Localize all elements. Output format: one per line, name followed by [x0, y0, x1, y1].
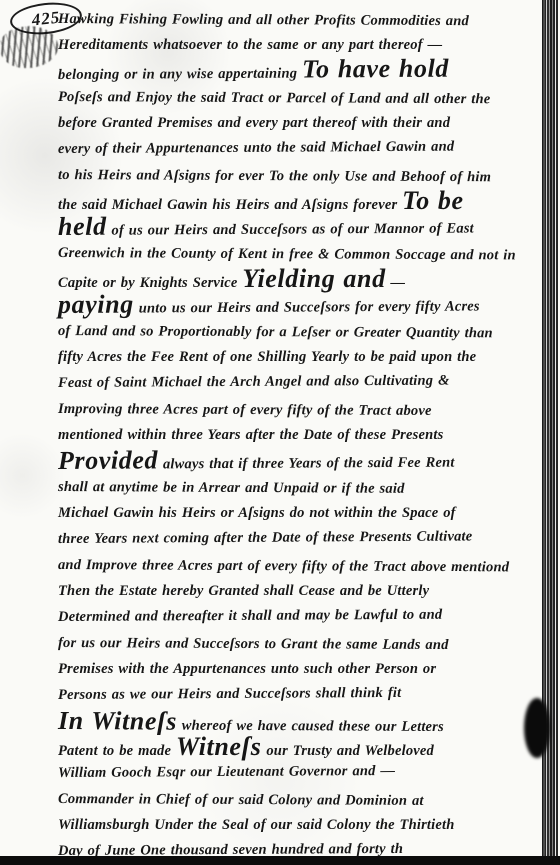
- text-segment: whereof we have caused these our Letters: [177, 718, 444, 735]
- document-body: Hawking Fishing Fowling and all other Pr…: [58, 6, 538, 864]
- text-segment: Premises with the Appurtenances unto suc…: [58, 661, 436, 677]
- text-segment: Capite or by Knights Service: [58, 275, 242, 291]
- text-segment: Persons as we our Heirs and Succeſsors s…: [58, 685, 401, 703]
- document-line: the said Michael Gawin his Heirs and Aſs…: [58, 188, 538, 214]
- document-line: Hereditaments whatsoever to the same or …: [58, 32, 538, 58]
- display-word: In Witneſs: [58, 706, 177, 736]
- text-segment: Greenwich in the County of Kent in free …: [58, 245, 516, 263]
- document-line: Hawking Fishing Fowling and all other Pr…: [58, 6, 538, 35]
- text-segment: Hawking Fishing Fowling and all other Pr…: [58, 11, 469, 29]
- text-segment: to his Heirs and Aſsigns for ever To the…: [58, 167, 491, 185]
- document-line: and Improve three Acres part of every fi…: [58, 552, 538, 581]
- document-line: held of us our Heirs and Succeſsors as o…: [58, 211, 538, 240]
- text-segment: always that if three Years of the said F…: [158, 455, 455, 473]
- text-segment: belonging or in any wise appertaining: [58, 66, 302, 83]
- text-segment: shall at anytime be in Arrear and Unpaid…: [58, 479, 405, 497]
- text-segment: and Improve three Acres part of every fi…: [58, 557, 509, 575]
- text-segment: Then the Estate hereby Granted shall Cea…: [58, 583, 429, 599]
- document-line: Then the Estate hereby Granted shall Cea…: [58, 578, 538, 604]
- document-line: Patent to be made Witneſs our Trusty and…: [58, 734, 538, 760]
- document-line: Michael Gawin his Heirs or Aſsigns do no…: [58, 500, 538, 526]
- text-segment: Commander in Chief of our said Colony an…: [58, 791, 424, 809]
- display-word: To have hold: [302, 54, 449, 84]
- text-segment: mentioned within three Years after the D…: [58, 427, 443, 443]
- text-segment: Determined and thereafter it shall and m…: [58, 607, 442, 625]
- scan-edge-bar: [0, 856, 560, 865]
- document-line: Improving three Acres part of every fift…: [58, 396, 538, 425]
- text-segment: Feast of Saint Michael the Arch Angel an…: [58, 373, 450, 391]
- document-line: Greenwich in the County of Kent in free …: [58, 240, 538, 269]
- display-word: paying: [58, 290, 134, 319]
- text-segment: fifty Acres the Fee Rent of one Shilling…: [58, 349, 476, 365]
- text-segment: for us our Heirs and Succeſsors to Grant…: [58, 635, 449, 653]
- text-segment: our Trusty and Welbeloved: [262, 743, 434, 759]
- document-line: Commander in Chief of our said Colony an…: [58, 786, 538, 815]
- text-segment: William Gooch Esqr our Lieutenant Govern…: [58, 763, 395, 781]
- document-line: mentioned within three Years after the D…: [58, 422, 538, 448]
- display-word: held: [58, 212, 107, 241]
- document-line: Capite or by Knights Service Yielding an…: [58, 266, 538, 292]
- text-segment: three Years next coming after the Date o…: [58, 528, 473, 547]
- document-line: In Witneſs whereof we have caused these …: [58, 708, 538, 737]
- text-segment: of us our Heirs and Succeſsors as of our…: [107, 220, 474, 238]
- document-line: Determined and thereafter it shall and m…: [58, 601, 538, 630]
- text-segment: Williamsburgh Under the Seal of our said…: [58, 817, 455, 833]
- text-segment: every of their Appurtenances unto the sa…: [58, 139, 454, 157]
- document-line: paying unto us our Heirs and Succeſsors …: [58, 289, 538, 318]
- text-segment: Poſseſs and Enjoy the said Tract or Parc…: [58, 89, 491, 107]
- document-line: Feast of Saint Michael the Arch Angel an…: [58, 367, 538, 396]
- document-line: fifty Acres the Fee Rent of one Shilling…: [58, 344, 538, 370]
- document-line: for us our Heirs and Succeſsors to Grant…: [58, 630, 538, 659]
- scanned-page: 425 Hawking Fishing Fowling and all othe…: [0, 0, 560, 865]
- display-word: Witneſs: [176, 732, 262, 761]
- document-line: William Gooch Esqr our Lieutenant Govern…: [58, 757, 538, 786]
- text-segment: Improving three Acres part of every fift…: [58, 401, 432, 419]
- document-line: three Years next coming after the Date o…: [58, 523, 538, 552]
- text-segment: before Granted Premises and every part t…: [58, 115, 450, 131]
- document-line: belonging or in any wise appertaining To…: [58, 55, 538, 84]
- text-segment: Michael Gawin his Heirs or Aſsigns do no…: [58, 505, 456, 521]
- text-segment: —: [386, 275, 406, 291]
- document-line: before Granted Premises and every part t…: [58, 110, 538, 136]
- display-word: Provided: [58, 445, 158, 475]
- document-line: Persons as we our Heirs and Succeſsors s…: [58, 679, 538, 708]
- document-line: Poſseſs and Enjoy the said Tract or Parc…: [58, 84, 538, 113]
- document-line: every of their Appurtenances unto the sa…: [58, 133, 538, 162]
- document-line: shall at anytime be in Arrear and Unpaid…: [58, 474, 538, 503]
- text-segment: Patent to be made: [58, 743, 176, 759]
- document-line: Premises with the Appurtenances unto suc…: [58, 656, 538, 682]
- text-segment: unto us our Heirs and Succeſsors for eve…: [134, 298, 480, 316]
- text-segment: the said Michael Gawin his Heirs and Aſs…: [58, 197, 402, 213]
- document-line: Provided always that if three Years of t…: [58, 445, 538, 474]
- document-line: to his Heirs and Aſsigns for ever To the…: [58, 162, 538, 191]
- text-segment: of Land and so Proportionably for a Leſs…: [58, 323, 493, 341]
- display-word: Yielding and: [242, 264, 385, 293]
- document-line: Williamsburgh Under the Seal of our said…: [58, 812, 538, 838]
- ink-blob: [524, 698, 550, 758]
- text-segment: Hereditaments whatsoever to the same or …: [58, 37, 442, 53]
- document-line: of Land and so Proportionably for a Leſs…: [58, 318, 538, 347]
